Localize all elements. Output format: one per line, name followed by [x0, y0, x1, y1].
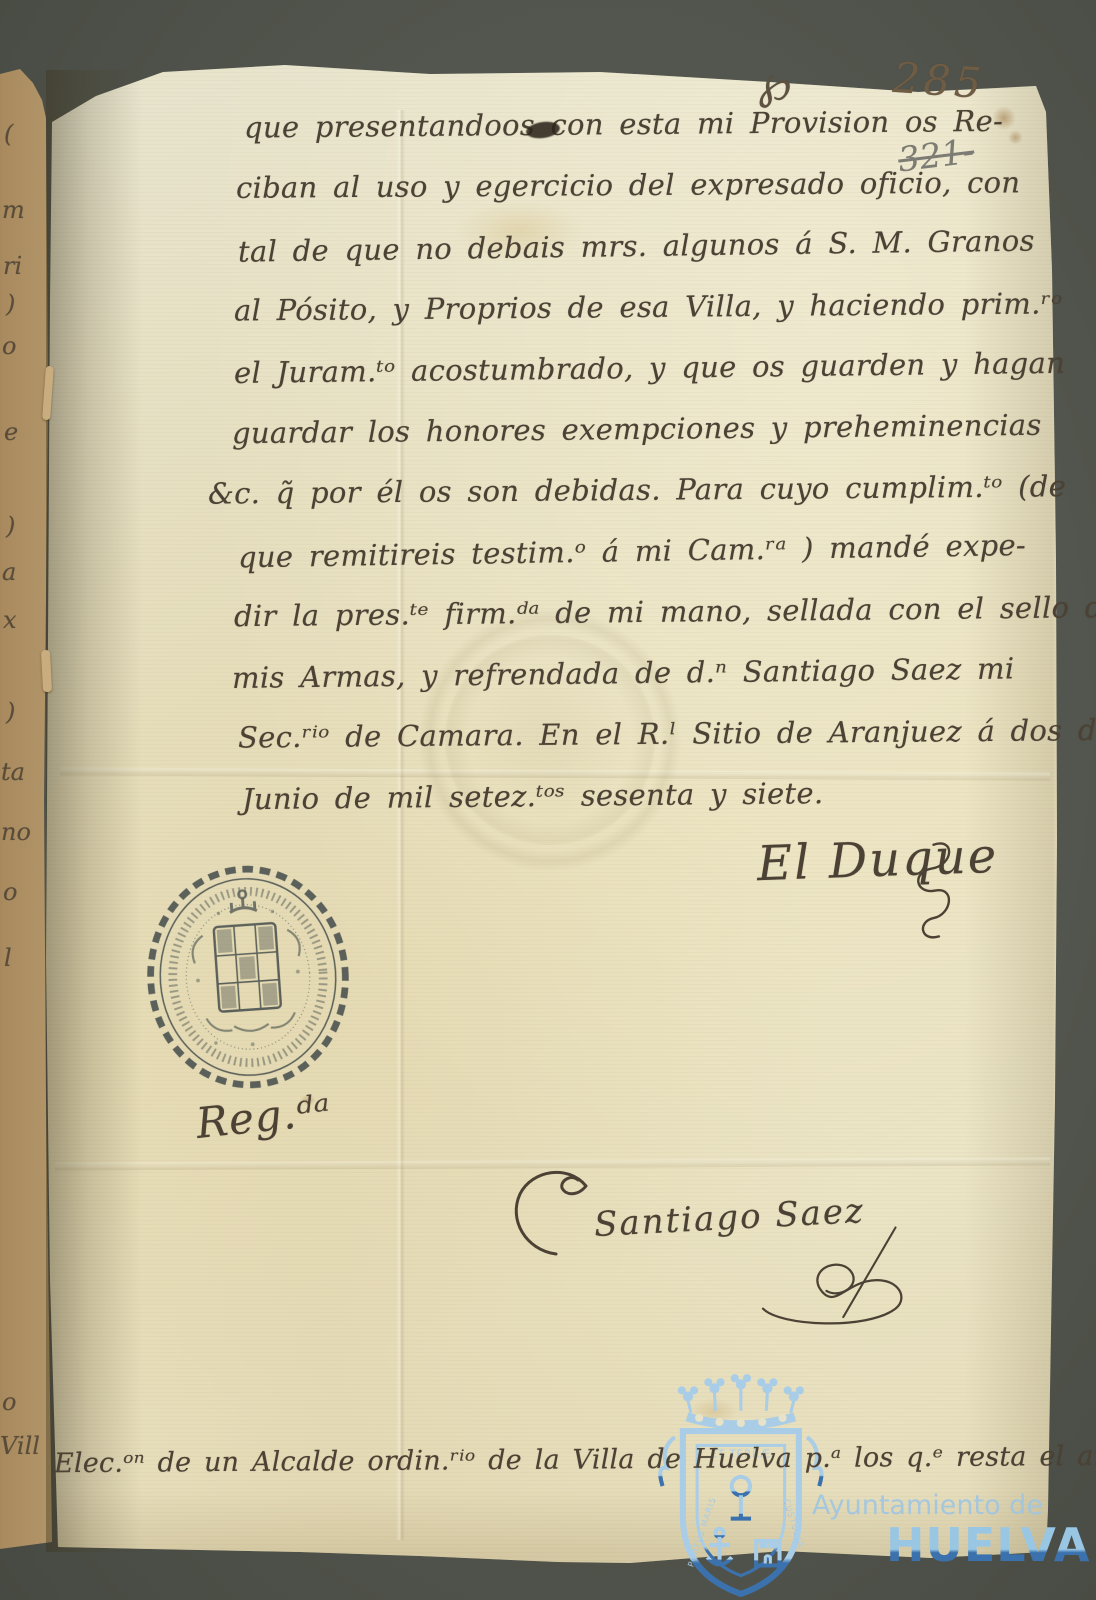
- manuscript-line: guardar los honores exempciones y prehem…: [232, 395, 1045, 464]
- text-fragment: ): [6, 512, 15, 540]
- huelva-coat-of-arms-watermark: ET TERRÆ PORTUS MARIS CUSTODIA: [656, 1366, 840, 1600]
- manuscript-line: que presentandoos con esta mi Provision …: [244, 91, 1045, 159]
- manuscript-line: que remitireis testim.ᵒ á mi Cam.ʳᵃ ) ma…: [238, 515, 1045, 589]
- duque-rubric-flourish: [906, 836, 961, 958]
- watermark-city-label: HUELVA: [886, 1518, 1090, 1572]
- manuscript-line: mis Armas, y refrendada de d.ⁿ Santiago …: [232, 638, 1045, 709]
- manuscript-body: que presentandoos con esta mi Provision …: [232, 94, 1044, 826]
- manuscript-line: al Pósito, y Proprios de esa Villa, y ha…: [234, 273, 1045, 341]
- text-fragment: m: [2, 196, 25, 224]
- royal-coat-of-arms-stamp: [134, 853, 362, 1101]
- manuscript-line: ciban al uso y egercicio del expresado o…: [236, 152, 1044, 219]
- text-fragment: x: [3, 606, 17, 634]
- text-fragment: (: [4, 120, 13, 148]
- text-fragment: l: [4, 944, 12, 972]
- archival-photo: ( m ri ) o e ) a x ) ta no o l o Vill: [0, 0, 1096, 1600]
- signature-el-duque: El Duque: [756, 828, 999, 892]
- text-fragment: e: [4, 418, 18, 446]
- santiago-rubric-flourish: [752, 1220, 914, 1332]
- text-fragment: ta: [1, 758, 25, 786]
- anchor-icon: [707, 1529, 731, 1566]
- text-fragment: o: [2, 1388, 16, 1416]
- manuscript-line: Junio de mil setez.ᵗᵒˢ sesenta y siete.: [242, 761, 1045, 830]
- text-fragment: o: [3, 878, 17, 906]
- manuscript-line: el Juram.ᵗᵒ acostumbrado, y que os guard…: [234, 333, 1045, 404]
- text-fragment: a: [2, 558, 16, 586]
- crown-icon: [678, 1374, 804, 1427]
- text-fragment: no: [1, 818, 31, 846]
- text-fragment: ): [6, 698, 15, 726]
- text-fragment: Vill: [0, 1432, 40, 1460]
- castle-tower-icon: [756, 1541, 779, 1565]
- manuscript-line: dir la pres.ᵗᵉ firm.ᵈᵃ de mi mano, sella…: [234, 578, 1045, 647]
- manuscript-line: tal de que no debais mrs. algunos á S. M…: [238, 210, 1045, 282]
- manuscript-line: &c. q̃ por él os son debidas. Para cuyo …: [208, 456, 1045, 524]
- binding-gutter-shadow: [46, 70, 142, 1552]
- text-fragment: ri: [3, 252, 22, 280]
- text-fragment: ): [6, 290, 15, 318]
- watermark-institution-label: Ayuntamiento de: [812, 1490, 1043, 1521]
- text-fragment: o: [2, 332, 16, 360]
- manuscript-line: Sec.ʳⁱᵒ de Camara. En el R.ˡ Sitio de Ar…: [238, 700, 1045, 768]
- signature-c-flourish: [506, 1164, 606, 1259]
